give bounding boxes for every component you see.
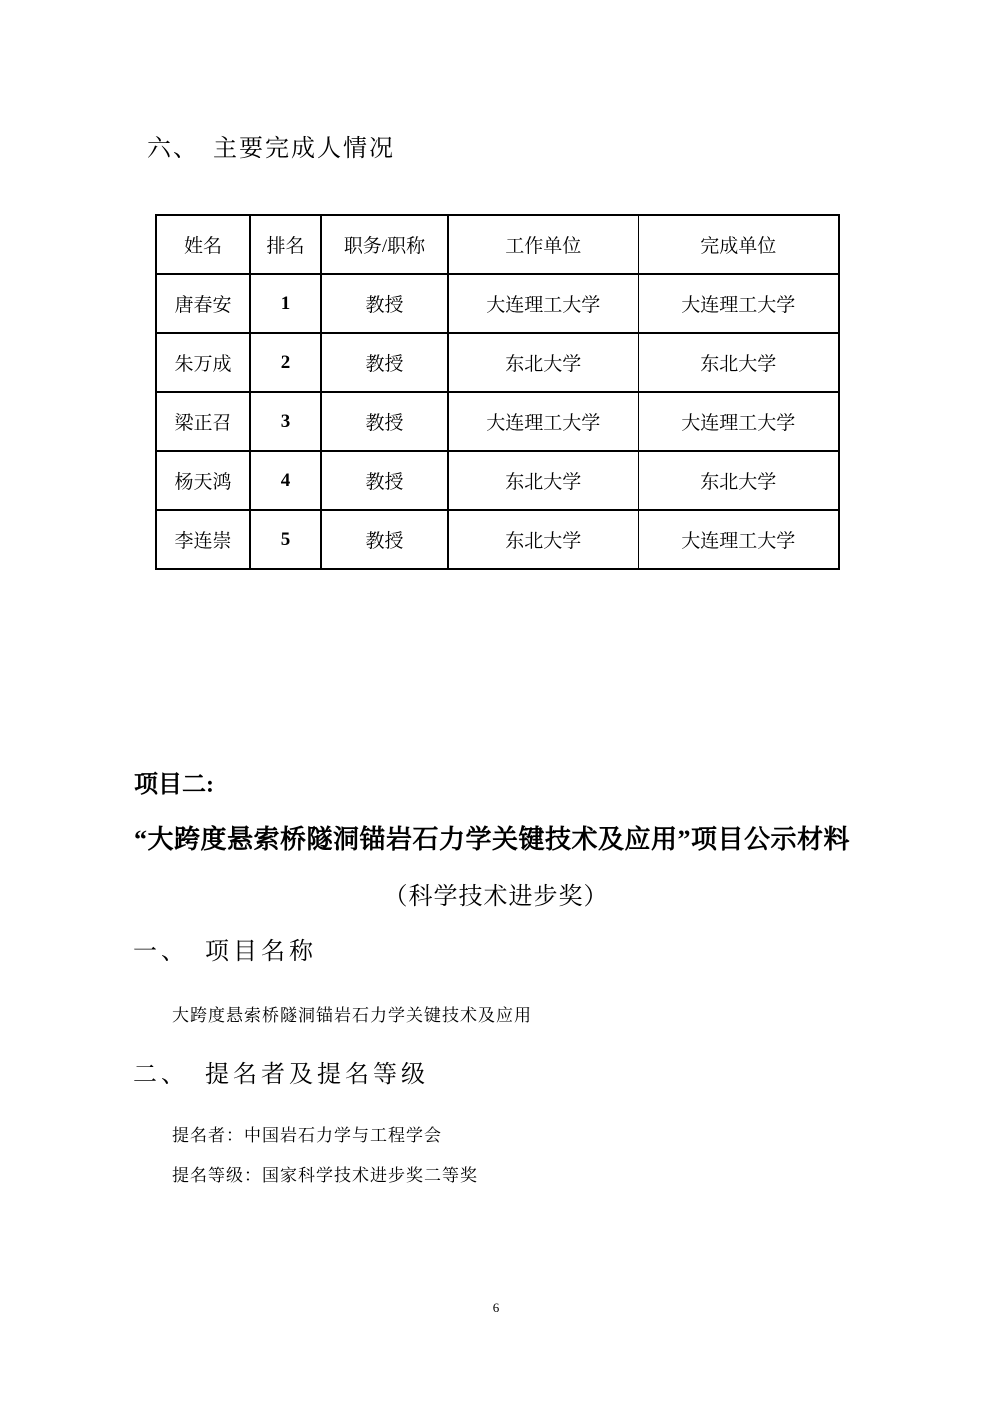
nomination-grade-line: 提名等级：国家科学技术进步奖二等奖 bbox=[172, 1161, 478, 1186]
table-row: 唐春安1教授大连理工大学大连理工大学 bbox=[156, 274, 839, 333]
table-cell: 东北大学 bbox=[448, 510, 638, 569]
table-cell: 大连理工大学 bbox=[638, 274, 839, 333]
section-two-heading: 二、 提名者及提名等级 bbox=[133, 1054, 429, 1089]
table-header-title: 职务/职称 bbox=[321, 215, 448, 274]
table-cell: 教授 bbox=[321, 333, 448, 392]
table-cell: 教授 bbox=[321, 451, 448, 510]
table-header-completion-unit: 完成单位 bbox=[638, 215, 839, 274]
project-two-award-category: （科学技术进步奖） bbox=[134, 876, 858, 911]
table-row: 朱万成2教授东北大学东北大学 bbox=[156, 333, 839, 392]
table-cell: 大连理工大学 bbox=[448, 274, 638, 333]
nominator-line: 提名者：中国岩石力学与工程学会 bbox=[172, 1121, 442, 1146]
table-body: 唐春安1教授大连理工大学大连理工大学朱万成2教授东北大学东北大学梁正召3教授大连… bbox=[156, 274, 839, 569]
project-name-text: 大跨度悬索桥隧洞锚岩石力学关键技术及应用 bbox=[172, 1001, 532, 1026]
table-cell: 梁正召 bbox=[156, 392, 250, 451]
section-one-heading: 一、 项目名称 bbox=[133, 931, 317, 966]
project-two-title: “大跨度悬索桥隧洞锚岩石力学关键技术及应用”项目公示材料 bbox=[134, 819, 862, 856]
table-cell: 杨天鸿 bbox=[156, 451, 250, 510]
project-two-label: 项目二: bbox=[134, 764, 214, 799]
table-header-rank: 排名 bbox=[250, 215, 321, 274]
document-page: 六、 主要完成人情况 姓名 排名 职务/职称 工作单位 完成单位 唐春安1教授大… bbox=[0, 0, 992, 1403]
table-cell: 东北大学 bbox=[448, 333, 638, 392]
table-row: 李连崇5教授东北大学大连理工大学 bbox=[156, 510, 839, 569]
table-cell: 教授 bbox=[321, 274, 448, 333]
table-cell: 教授 bbox=[321, 392, 448, 451]
table-cell: 东北大学 bbox=[638, 333, 839, 392]
table-header-work-unit: 工作单位 bbox=[448, 215, 638, 274]
table-row: 梁正召3教授大连理工大学大连理工大学 bbox=[156, 392, 839, 451]
table-cell: 2 bbox=[250, 333, 321, 392]
table-header-name: 姓名 bbox=[156, 215, 250, 274]
table-cell: 4 bbox=[250, 451, 321, 510]
table-header-row: 姓名 排名 职务/职称 工作单位 完成单位 bbox=[156, 215, 839, 274]
table-cell: 唐春安 bbox=[156, 274, 250, 333]
table-cell: 3 bbox=[250, 392, 321, 451]
table-cell: 东北大学 bbox=[638, 451, 839, 510]
table-row: 杨天鸿4教授东北大学东北大学 bbox=[156, 451, 839, 510]
page-number: 6 bbox=[0, 1300, 992, 1316]
contributors-table: 姓名 排名 职务/职称 工作单位 完成单位 唐春安1教授大连理工大学大连理工大学… bbox=[155, 214, 840, 570]
table-cell: 教授 bbox=[321, 510, 448, 569]
table-cell: 5 bbox=[250, 510, 321, 569]
table-cell: 朱万成 bbox=[156, 333, 250, 392]
table-cell: 李连崇 bbox=[156, 510, 250, 569]
table-cell: 大连理工大学 bbox=[638, 392, 839, 451]
table-cell: 1 bbox=[250, 274, 321, 333]
table-cell: 大连理工大学 bbox=[448, 392, 638, 451]
section-six-heading: 六、 主要完成人情况 bbox=[147, 128, 395, 163]
table-cell: 东北大学 bbox=[448, 451, 638, 510]
table-cell: 大连理工大学 bbox=[638, 510, 839, 569]
